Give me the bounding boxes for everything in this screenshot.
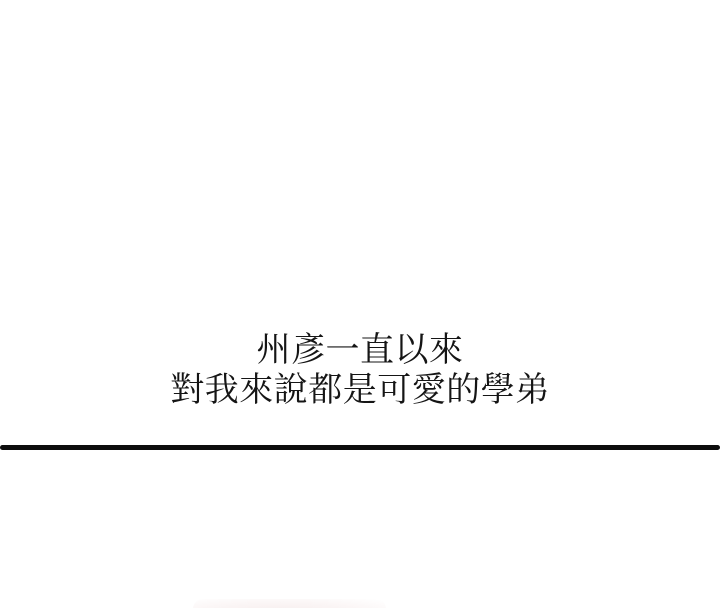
scene-divider-line	[0, 445, 720, 450]
comic-page: 州彥一直以來 對我來說都是可愛的學弟	[0, 0, 720, 608]
narration-line-1: 州彥一直以來	[0, 330, 720, 370]
narration-text: 州彥一直以來 對我來說都是可愛的學弟	[0, 330, 720, 410]
narration-line-2: 對我來說都是可愛的學弟	[0, 370, 720, 410]
bottom-panel-peek	[193, 599, 386, 608]
